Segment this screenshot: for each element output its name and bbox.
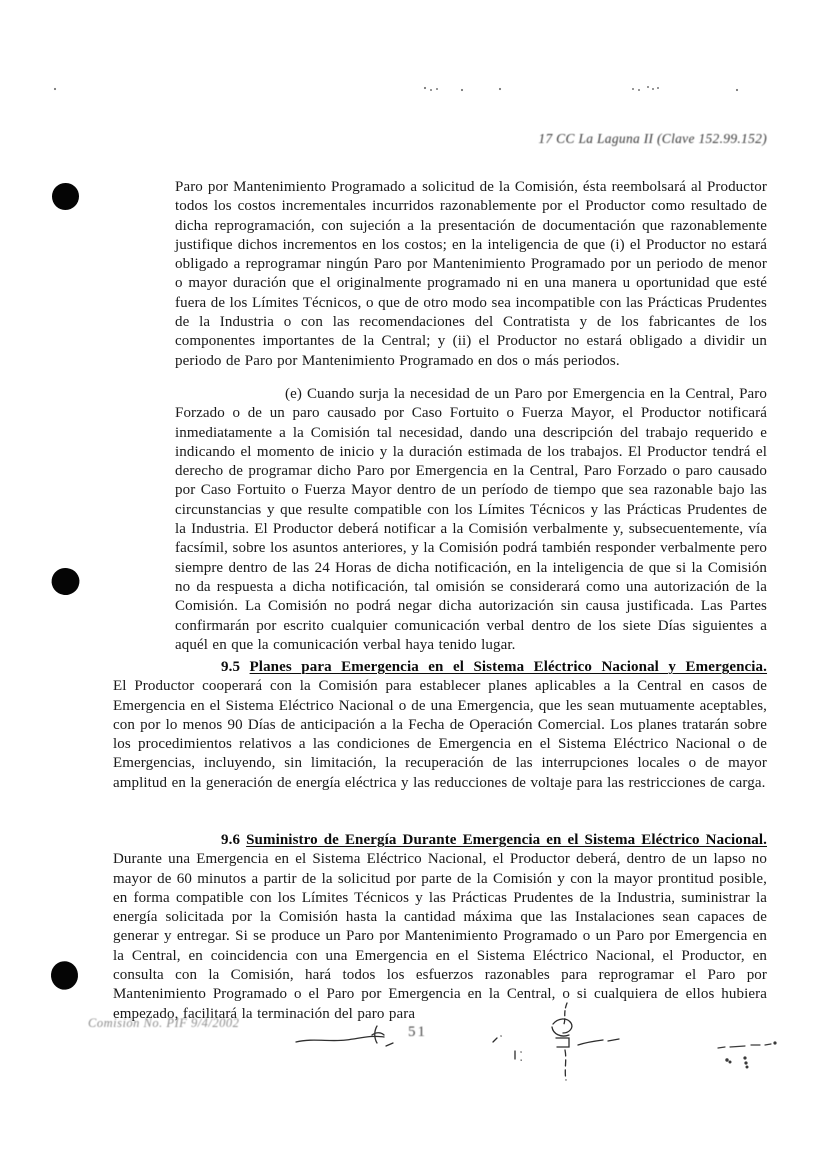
section-9-5-heading: 9.5 Planes para Emergencia en el Sistema… — [221, 658, 767, 677]
paragraph-e-emergency-outage: (e) Cuando surja la necesidad de un Paro… — [175, 385, 767, 655]
section-9-5: 9.5 Planes para Emergencia en el Sistema… — [113, 658, 767, 793]
paragraph-maintenance-reimbursement: Paro por Mantenimiento Programado a soli… — [175, 178, 767, 371]
section-9-6: 9.6 Suministro de Energía Durante Emerge… — [113, 831, 767, 1024]
section-9-6-number: 9.6 — [221, 832, 240, 848]
section-9-5-body: El Productor cooperará con la Comisión p… — [113, 677, 767, 793]
section-9-6-title: Suministro de Energía Durante Emergencia… — [246, 832, 767, 848]
section-9-6-body: Durante una Emergencia en el Sistema Elé… — [113, 851, 767, 1021]
document-reference-header: 17 CC La Laguna II (Clave 152.99.152) — [538, 131, 767, 147]
bottom-right-pen-dashes — [718, 1042, 776, 1068]
hole-punch-top — [52, 183, 79, 210]
scanned-document-page: 17 CC La Laguna II (Clave 152.99.152) Pa… — [0, 0, 828, 1169]
section-9-5-title: Planes para Emergencia en el Sistema Elé… — [250, 659, 767, 675]
hole-punch-middle — [50, 566, 81, 597]
hole-punch-bottom — [50, 960, 80, 991]
page-number: 51 — [408, 1024, 427, 1041]
section-9-5-number: 9.5 — [221, 659, 240, 675]
scan-noise-dots — [54, 86, 738, 91]
footer-document-reference: Comisión No. PIF 9/4/2002 — [88, 1016, 239, 1031]
pen-strike-line — [296, 1026, 393, 1046]
